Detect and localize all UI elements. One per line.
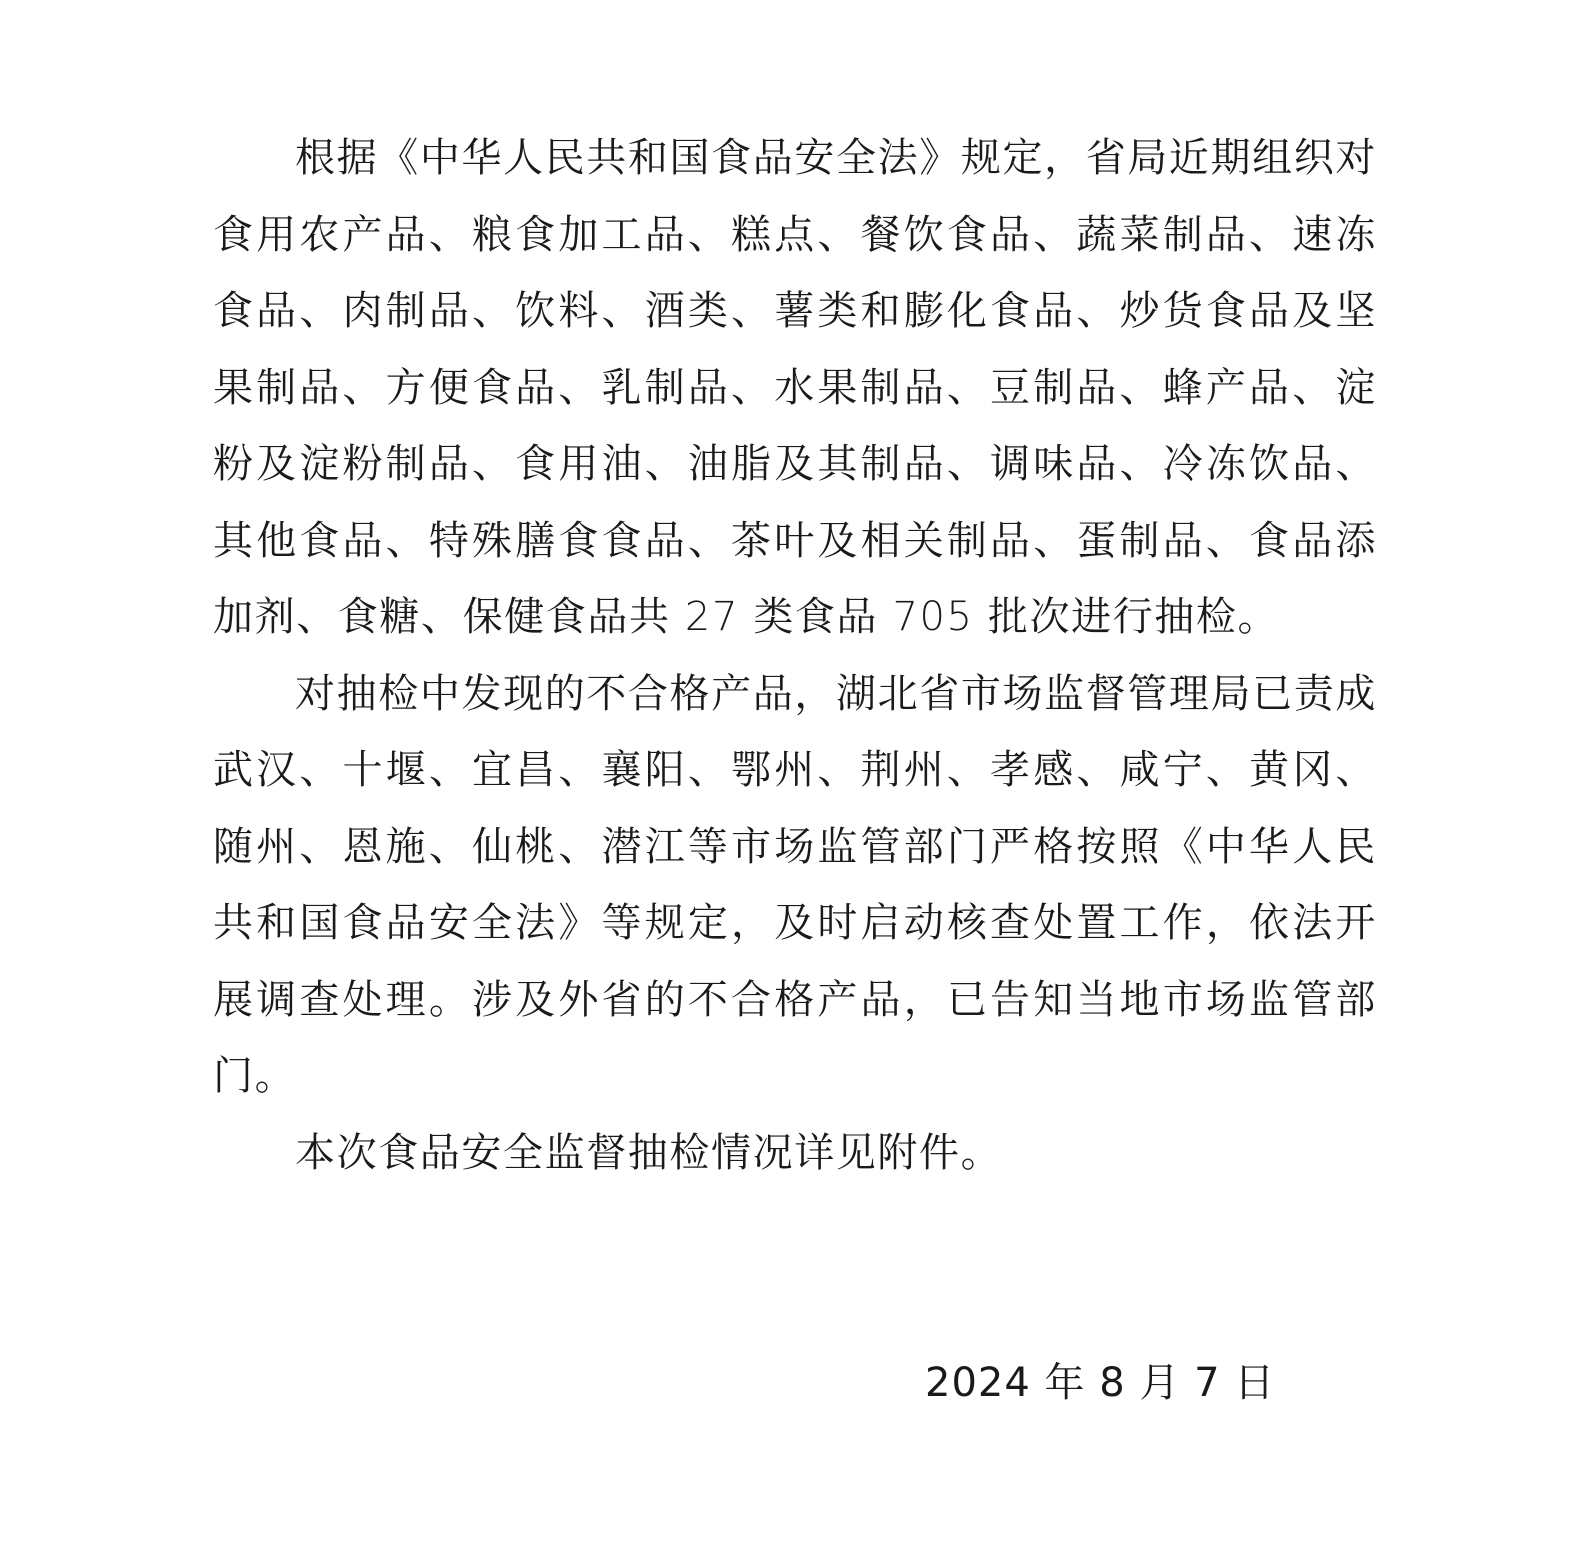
document-body: 根据《中华人民共和国食品安全法》规定，省局近期组织对食用农产品、粮食加工品、糕点… — [213, 120, 1377, 1191]
paragraph-enforcement: 对抽检中发现的不合格产品，湖北省市场监督管理局已责成武汉、十堰、宜昌、襄阳、鄂州… — [213, 656, 1377, 1115]
paragraph-attachment-note: 本次食品安全监督抽检情况详见附件。 — [213, 1115, 1377, 1192]
paragraph-inspection-scope: 根据《中华人民共和国食品安全法》规定，省局近期组织对食用农产品、粮食加工品、糕点… — [213, 120, 1377, 656]
document-date: 2024 年 8 月 7 日 — [925, 1356, 1275, 1410]
